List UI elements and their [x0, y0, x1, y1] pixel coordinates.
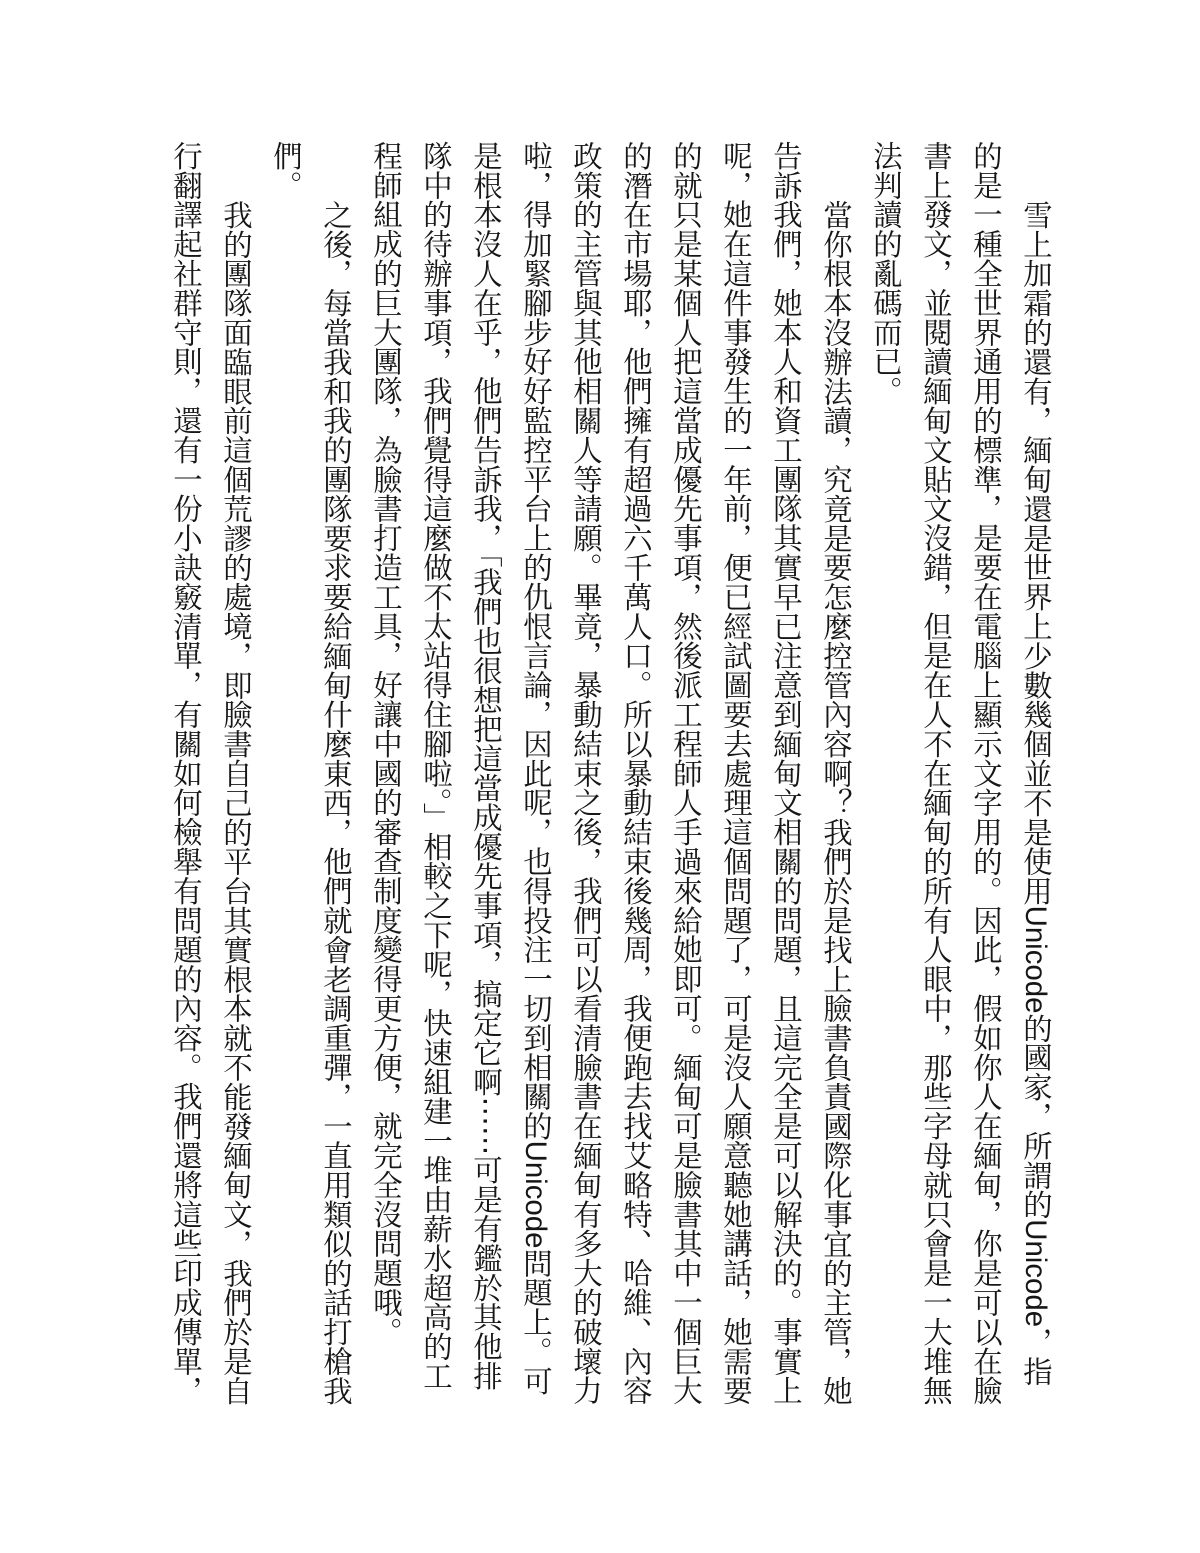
paragraph: 之後，每當我和我的團隊要求要給緬甸什麼東西，他們就會老調重彈，一直用類似的話打槍… [260, 141, 360, 1406]
book-page: 雪上加霜的還有，緬甸還是世界上少數幾個並不是使用Unicode的國家，所謂的Un… [0, 0, 1200, 1553]
paragraph: 當你根本沒辦法讀，究竟是要怎麼控管內容啊？我們於是找上臉書負責國際化事宜的主管，… [360, 141, 860, 1406]
paragraph: 我的團隊面臨眼前這個荒謬的處境，即臉書自己的平台其實根本就不能發緬甸文，我們於是… [160, 141, 260, 1406]
page-text: 雪上加霜的還有，緬甸還是世界上少數幾個並不是使用Unicode的國家，所謂的Un… [160, 141, 1060, 1406]
paragraph: 雪上加霜的還有，緬甸還是世界上少數幾個並不是使用Unicode的國家，所謂的Un… [860, 141, 1060, 1406]
